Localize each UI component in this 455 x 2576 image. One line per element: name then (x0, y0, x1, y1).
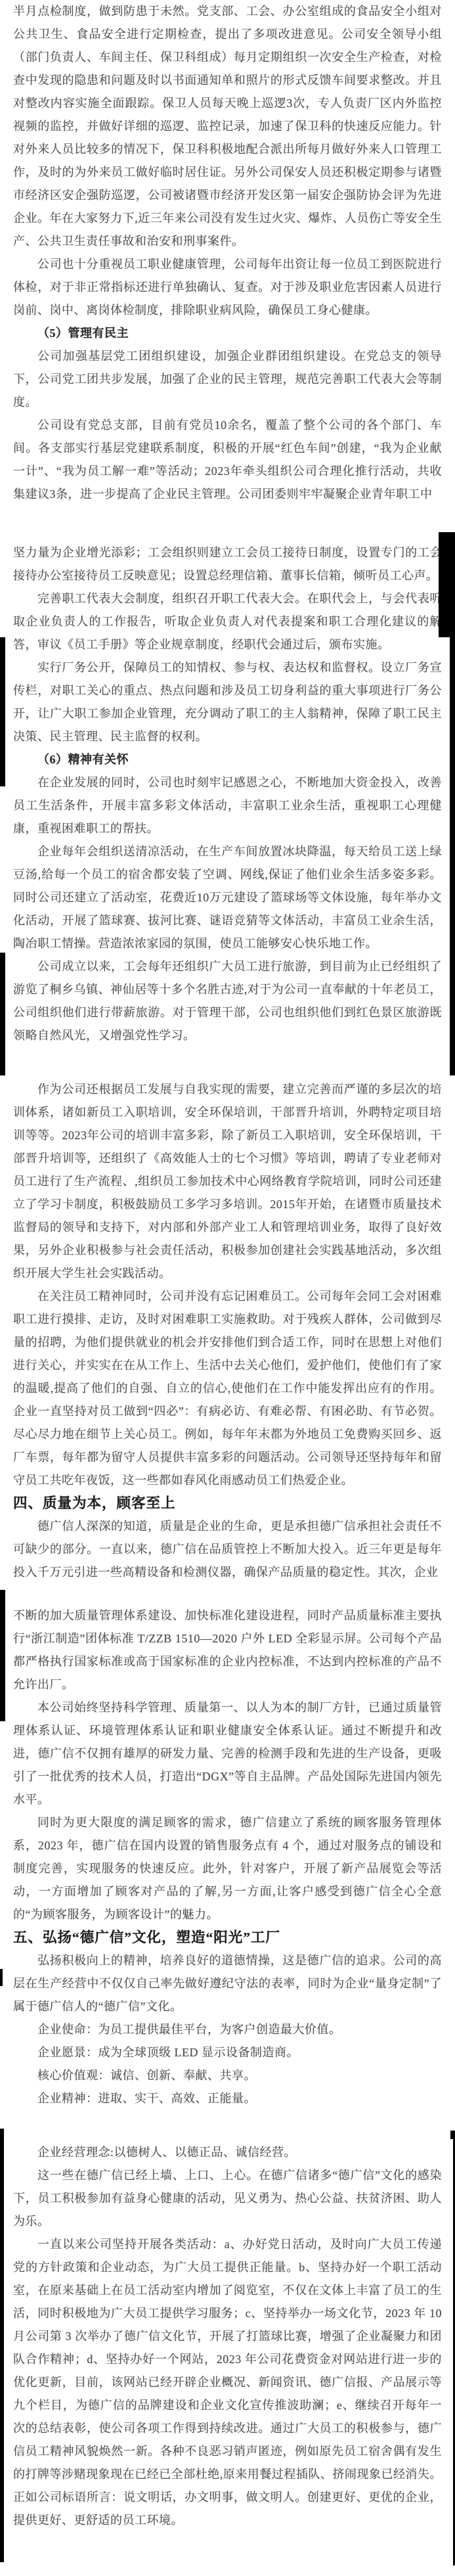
page-3: 作为公司还根据员工发展与自我实现的需要，建立完善而严谨的多层次的培训体系，诸如新… (13, 1078, 442, 1584)
heading-section-4-quality: 四、质量为本，顾客至上 (13, 1492, 442, 1515)
scan-bar-left-page5 (0, 2129, 4, 2562)
paragraph-corporate-spirit: 企业精神：进取、实干、高效、正能量。 (13, 2087, 442, 2110)
paragraph-party-organization: 公司加强基层党工团组织建设，加强企业群团组织建设。在党总支的领导下，公司党工团共… (13, 345, 442, 414)
page-2: 坚力量为企业增光添彩；工会组织则建立工会员工接待日制度，设置专门的工会接待办公室… (13, 541, 442, 1047)
scan-bar-left-page4-top (0, 1590, 5, 1721)
paragraph-customer-service-system: 同时为更大限度的满足顾客的需求，德广信建立了系统的顾客服务管理体系，2023 年… (13, 1811, 442, 1926)
paragraph-factory-affairs-open: 实行厂务公开，保障员工的知情权、参与权、表达权和监督权。设立厂务宣传栏，对职工关… (13, 656, 442, 748)
paragraph-occupational-health: 公司也十分重视员工职业健康管理，公司每年出资让每一位员工到医院进行体检，对于非正… (13, 253, 442, 322)
paragraph-quality-standards-continuation: 不断的加大质量管理体系建设、加快标准化建设进程，同时产品质量标准主要执行“浙江制… (13, 1604, 442, 1696)
paragraph-safety-management-continuation: 半月点检制度，做到防患于未然。党支部、工会、办公室组成的食品安全小组对公共卫生、… (13, 0, 442, 253)
paragraph-help-disadvantaged-employees: 在关注员工精神同时，公司并没有忘记困难员工。公司每年会同工会对困难职工进行摸排、… (13, 1285, 442, 1492)
paragraph-culture-intro: 弘扬积极向上的精神，培养良好的道德情操，这是德广信的追求。公司的高层在生产经营中… (13, 1949, 442, 2018)
scan-bar-right-page2 (450, 637, 455, 1075)
scan-bar-right-page2-head (439, 532, 455, 637)
heading-section-5-democracy: （5）管理有民主 (13, 322, 442, 345)
paragraph-culture-influence: 这一些在德广信已经上墙、上口、上心。在德广信诸多“德广信”文化的感染下，员工积极… (13, 2164, 442, 2233)
paragraph-core-values: 核心价值观：诚信、创新、奉献、共享。 (13, 2064, 442, 2087)
heading-section-5-culture: 五、弘扬“德广信”文化，塑造“阳光”工厂 (13, 1926, 442, 1949)
paragraph-training-system: 作为公司还根据员工发展与自我实现的需要，建立完善而严谨的多层次的培训体系，诸如新… (13, 1078, 442, 1285)
paragraph-corporate-mission: 企业使命：为员工提供最佳平台，为客户创造最大价值。 (13, 2018, 442, 2041)
paragraph-employee-congress: 完善职工代表大会制度，组织召开职工代表大会。在职代会上，与会代表听取企业负责人的… (13, 587, 442, 656)
paragraph-summer-cooling-activities: 企业每年会组织送清凉活动，在生产车间放置冰块降温，每天给员工送上绿豆汤,给每一个… (13, 840, 442, 955)
paragraph-party-branch: 公司设有党总支部，目前有党员10余名，覆盖了整个公司的各个部门、车间。各支部实行… (13, 414, 442, 506)
page-5: 企业经营理念:以德树人、以德正品、诚信经营。这一些在德广信已经上墙、上口、上心。… (13, 2141, 442, 2532)
heading-section-6-care: （6）精神有关怀 (13, 748, 442, 771)
paragraph-gratitude-investment: 在企业发展的同时，公司也时刻牢记感恩之心，不断地加大资金投入，改善员工生活条件，… (13, 771, 442, 840)
scan-bar-left-page2-upper (0, 637, 5, 786)
paragraph-corporate-vision: 企业愿景：成为全球顶级 LED 显示设备制造商。 (13, 2041, 442, 2064)
paragraph-employee-tourism: 公司成立以来，工会每年还组织广大员工进行旅游，到目前为止已经组织了游览了桐乡乌镇… (13, 955, 442, 1047)
scan-bar-left-page2-lower (0, 953, 5, 1075)
paragraph-certifications-brand: 本公司始终坚持科学管理、质量第一、以人为本的制厂方针，已通过质量管理体系认证、环… (13, 1696, 442, 1811)
scan-mark-left-page4 (0, 1969, 3, 1986)
paragraph-union-reception-continuation: 坚力量为企业增光添彩；工会组织则建立工会员工接待日制度，设置专门的工会接待办公室… (13, 541, 442, 587)
paragraph-culture-activities: 一直以来公司坚持开展各类活动：a、办好党日活动，及时向广大员工传递党的方针政策和… (13, 2233, 442, 2532)
scan-blob-right-page5-top (450, 2131, 455, 2139)
paragraph-quality-investment: 德广信人深深的知道，质量是企业的生命，更是承担德广信承担社会责任不可缺少的部分。… (13, 1515, 442, 1584)
paragraph-business-philosophy: 企业经营理念:以德树人、以德正品、诚信经营。 (13, 2141, 442, 2164)
page-4: 不断的加大质量管理体系建设、加快标准化建设进程，同时产品质量标准主要执行“浙江制… (13, 1604, 442, 2110)
page-1: 半月点检制度，做到防患于未然。党支部、工会、办公室组成的食品安全小组对公共卫生、… (13, 0, 442, 506)
